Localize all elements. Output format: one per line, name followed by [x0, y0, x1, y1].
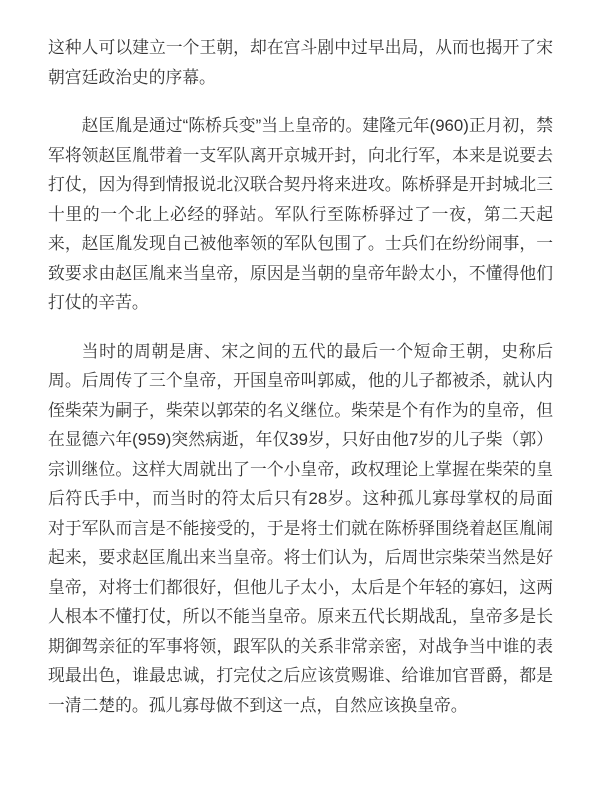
paragraph-intro: 这种人可以建立一个王朝，却在宫斗剧中过早出局，从而也揭开了宋朝宫廷政治史的序幕。 — [48, 33, 553, 92]
paragraph-chenqiao-mutiny: 赵匡胤是通过“陈桥兵变”当上皇帝的。建隆元年(960)正月初，禁军将领赵匡胤带着… — [48, 111, 553, 318]
document-page: 这种人可以建立一个王朝，却在宫斗剧中过早出局，从而也揭开了宋朝宫廷政治史的序幕。… — [0, 0, 600, 800]
paragraph-later-zhou: 当时的周朝是唐、宋之间的五代的最后一个短命王朝，史称后周。后周传了三个皇帝，开国… — [48, 337, 553, 721]
